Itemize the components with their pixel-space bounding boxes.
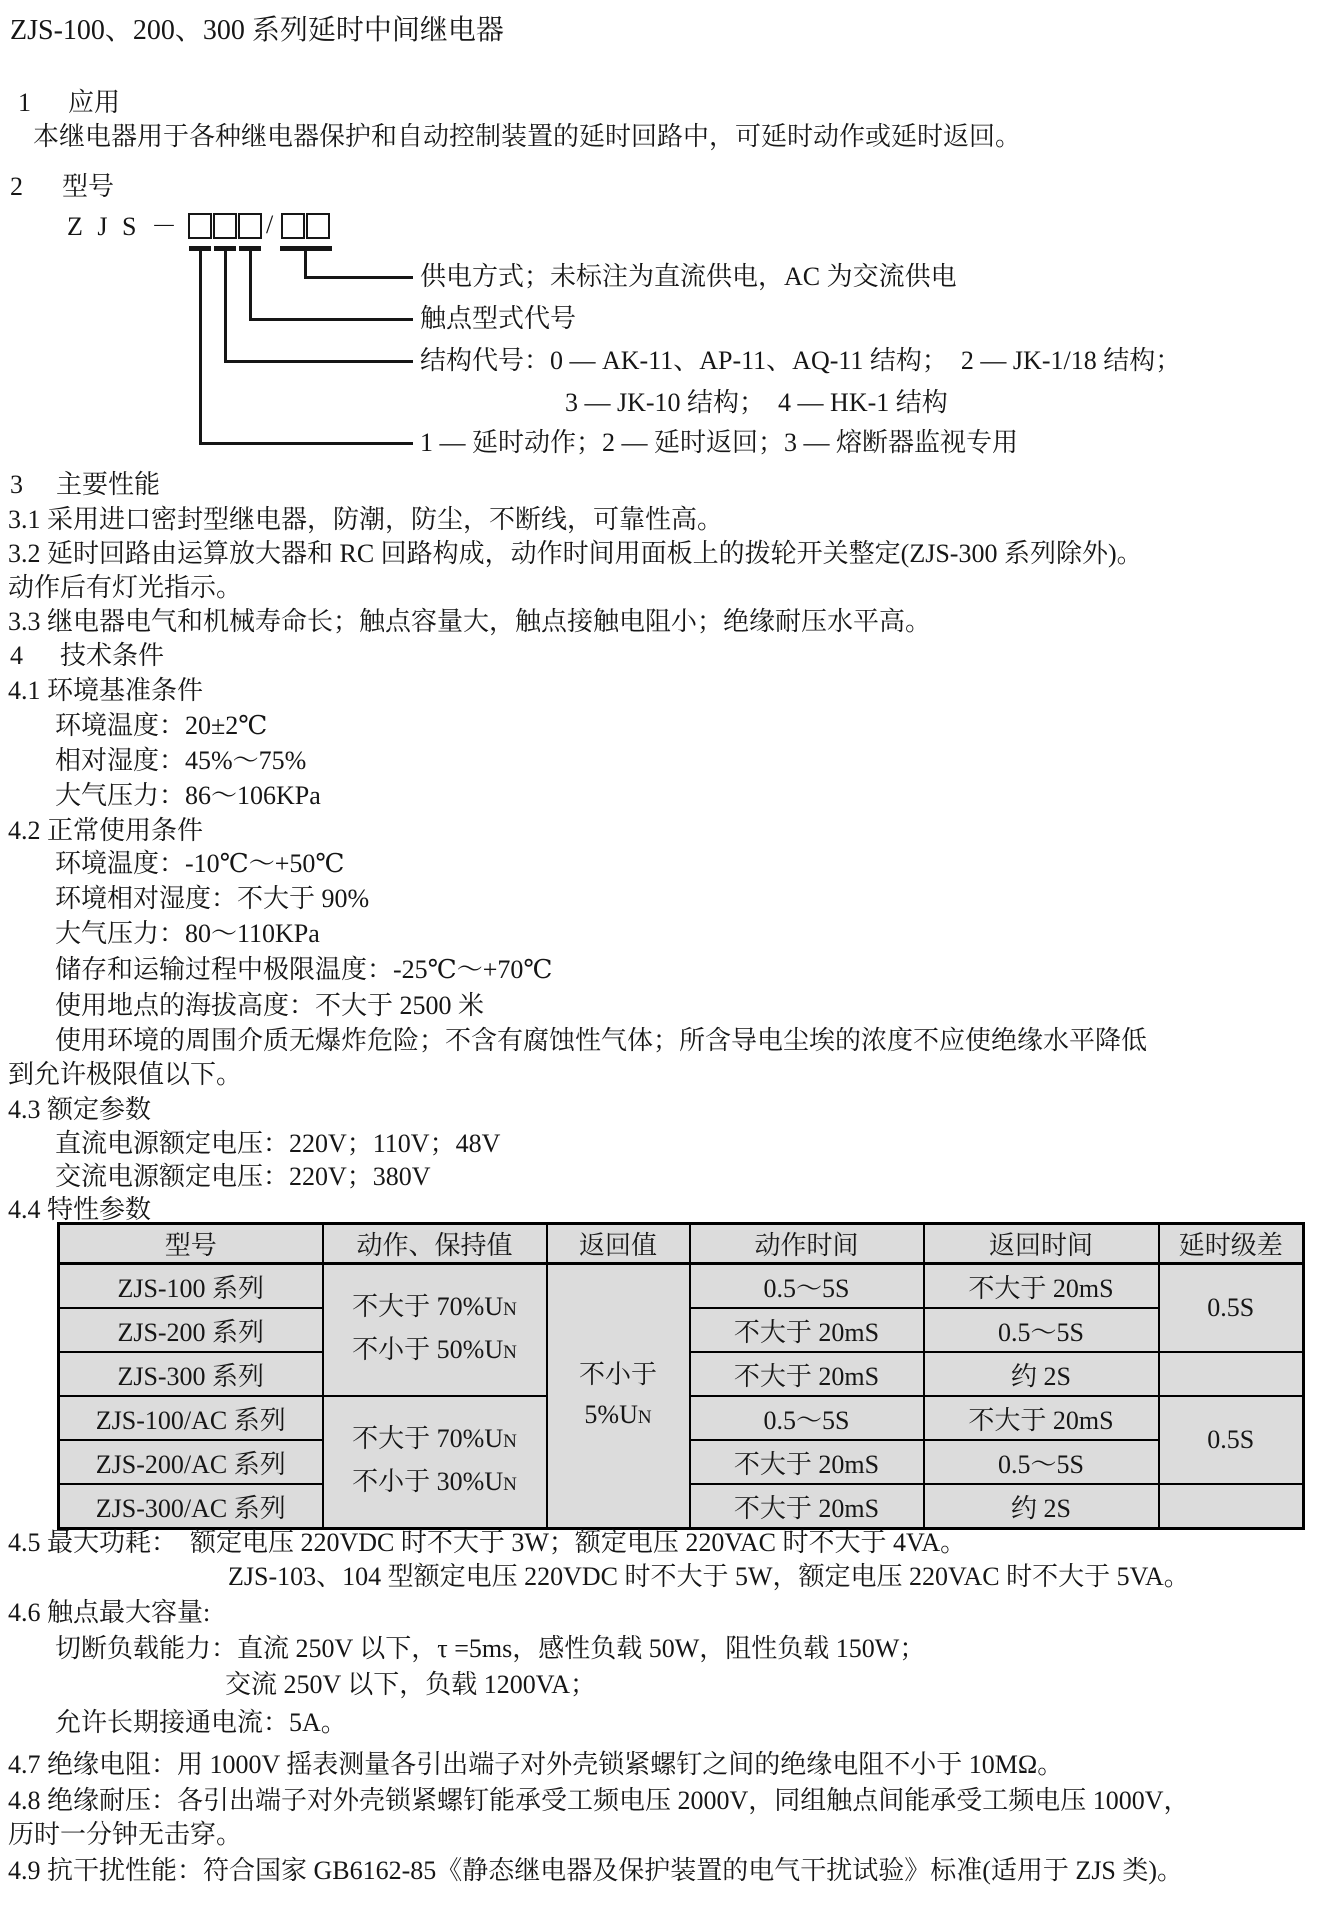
cell-return-time: 约 2S <box>924 1352 1159 1396</box>
para-application-body: 本继电器用于各种继电器保护和自动控制装置的延时回路中，可延时动作或延时返回。 <box>33 122 1021 152</box>
heading-2-model: 2型号 <box>10 172 114 202</box>
heading-4-number: 4 <box>10 641 23 670</box>
model-code-slash: / <box>266 210 273 240</box>
table-header-row: 型号 动作、保持值 返回值 动作时间 返回时间 延时级差 <box>59 1224 1304 1264</box>
connector-function-code <box>199 251 413 445</box>
cell-delay-step-empty <box>1159 1484 1304 1529</box>
model-code-box-4 <box>281 213 305 239</box>
heading-4-2: 4.2 正常使用条件 <box>8 816 203 846</box>
heading-4-technical: 4技术条件 <box>10 641 164 671</box>
para-3-1: 3.1 采用进口密封型继电器，防潮，防尘，不断线，可靠性高。 <box>8 505 723 535</box>
cell-return-time: 不大于 20mS <box>924 1396 1159 1440</box>
heading-4-6: 4.6 触点最大容量: <box>8 1598 210 1628</box>
line-breaking-capacity-ac: 交流 250V 以下，负载 1200VA； <box>225 1670 596 1700</box>
callout-contact-type: 触点型式代号 <box>420 304 576 334</box>
heading-2-number: 2 <box>10 172 23 201</box>
cell-return-time: 0.5～5S <box>924 1308 1159 1352</box>
cell-model: ZJS-100/AC 系列 <box>59 1396 323 1440</box>
cell-delay-step-dc: 0.5S <box>1159 1264 1304 1353</box>
spec-table: 型号 动作、保持值 返回值 动作时间 返回时间 延时级差 ZJS-100 系列 … <box>57 1222 1305 1530</box>
cell-act-time: 不大于 20mS <box>690 1308 924 1352</box>
para-4-8-line1: 4.8 绝缘耐压：各引出端子对外壳锁紧螺钉能承受工频电压 2000V，同组触点间… <box>8 1786 1190 1816</box>
model-code-prefix: Z J S － <box>67 212 181 242</box>
header-return-time: 返回时间 <box>924 1224 1159 1264</box>
table-row: ZJS-100 系列 不大于 70%UN 不小于 50%UN 不小于 5%UN … <box>59 1264 1304 1309</box>
line-ambient-temp-ref: 环境温度：20±2℃ <box>55 711 267 741</box>
document-page: ZJS-100、200、300 系列延时中间继电器 1应用 本继电器用于各种继电… <box>0 0 1321 1920</box>
callout-structure-code-line2: 3 — JK-10 结构； 4 — HK-1 结构 <box>565 388 948 418</box>
heading-4-label: 技术条件 <box>60 641 164 670</box>
line-storage-temp-limit: 储存和运输过程中极限温度：-25℃～+70℃ <box>55 955 553 985</box>
spec-table-container: 型号 动作、保持值 返回值 动作时间 返回时间 延时级差 ZJS-100 系列 … <box>57 1222 1305 1530</box>
line-air-pressure-ref: 大气压力：86～106KPa <box>55 781 321 811</box>
cell-delay-step-ac: 0.5S <box>1159 1396 1304 1484</box>
para-4-7: 4.7 绝缘电阻：用 1000V 摇表测量各引出端子对外壳锁紧螺钉之间的绝缘电阻… <box>8 1750 1063 1780</box>
line-altitude-limit: 使用地点的海拔高度：不大于 2500 米 <box>55 991 484 1021</box>
header-hold-value: 动作、保持值 <box>323 1224 547 1264</box>
heading-1-label: 应用 <box>68 88 120 117</box>
page-title: ZJS-100、200、300 系列延时中间继电器 <box>10 16 504 46</box>
cell-return-value: 不小于 5%UN <box>547 1264 690 1529</box>
cell-model: ZJS-200/AC 系列 <box>59 1440 323 1484</box>
cell-model: ZJS-200 系列 <box>59 1308 323 1352</box>
para-4-5-line1: 4.5 最大功耗： 额定电压 220VDC 时不大于 3W；额定电压 220VA… <box>8 1528 966 1558</box>
cell-hold-value-ac: 不大于 70%UN 不小于 30%UN <box>323 1396 547 1529</box>
line-relative-humidity-ref: 相对湿度：45%～75% <box>55 746 306 776</box>
line-air-pressure-normal: 大气压力：80～110KPa <box>55 919 320 949</box>
model-code-box-2 <box>213 213 237 239</box>
model-code-box-3 <box>238 213 262 239</box>
cell-act-time: 不大于 20mS <box>690 1484 924 1529</box>
heading-1-number: 1 <box>18 88 31 117</box>
line-continuous-current: 允许长期接通电流：5A。 <box>55 1708 347 1738</box>
header-model: 型号 <box>59 1224 323 1264</box>
line-ac-rated-voltage: 交流电源额定电压：220V；380V <box>55 1162 431 1192</box>
line-environment-medium-1: 使用环境的周围介质无爆炸危险；不含有腐蚀性气体；所含导电尘埃的浓度不应使绝缘水平… <box>55 1026 1147 1056</box>
model-code-box-5 <box>306 213 330 239</box>
heading-3-label: 主要性能 <box>56 470 160 499</box>
cell-act-time: 0.5～5S <box>690 1264 924 1309</box>
callout-structure-code-line1: 结构代号：0 — AK-11、AP-11、AQ-11 结构； 2 — JK-1/… <box>420 346 1181 376</box>
line-dc-rated-voltage: 直流电源额定电压：220V；110V；48V <box>55 1129 500 1159</box>
line-environment-medium-2: 到允许极限值以下。 <box>8 1060 242 1090</box>
heading-4-1: 4.1 环境基准条件 <box>8 676 203 706</box>
para-3-2-line1: 3.2 延时回路由运算放大器和 RC 回路构成，动作时间用面板上的拨轮开关整定(… <box>8 539 1143 569</box>
callout-function-code: 1 — 延时动作；2 — 延时返回；3 — 熔断器监视专用 <box>420 428 1018 458</box>
line-relative-humidity-normal: 环境相对湿度：不大于 90% <box>55 884 369 914</box>
header-act-time: 动作时间 <box>690 1224 924 1264</box>
callout-power-supply: 供电方式；未标注为直流供电，AC 为交流供电 <box>420 262 957 292</box>
header-return-value: 返回值 <box>547 1224 690 1264</box>
cell-act-time: 不大于 20mS <box>690 1440 924 1484</box>
cell-return-time: 约 2S <box>924 1484 1159 1529</box>
header-delay-step: 延时级差 <box>1159 1224 1304 1264</box>
heading-3-performance: 3主要性能 <box>10 470 160 500</box>
model-code-box-1 <box>188 213 212 239</box>
cell-return-time: 不大于 20mS <box>924 1264 1159 1309</box>
para-4-8-line2: 历时一分钟无击穿。 <box>8 1820 242 1850</box>
para-4-9: 4.9 抗干扰性能：符合国家 GB6162-85《静态继电器及保护装置的电气干扰… <box>8 1856 1183 1886</box>
line-ambient-temp-normal: 环境温度：-10℃～+50℃ <box>55 849 345 879</box>
cell-model: ZJS-100 系列 <box>59 1264 323 1309</box>
heading-1-application: 1应用 <box>18 88 120 118</box>
cell-return-time: 0.5～5S <box>924 1440 1159 1484</box>
cell-act-time: 0.5～5S <box>690 1396 924 1440</box>
cell-model: ZJS-300 系列 <box>59 1352 323 1396</box>
cell-act-time: 不大于 20mS <box>690 1352 924 1396</box>
para-3-2-line2: 动作后有灯光指示。 <box>8 573 242 603</box>
para-4-5-line2: ZJS-103、104 型额定电压 220VDC 时不大于 5W，额定电压 22… <box>228 1562 1190 1592</box>
line-breaking-capacity-dc: 切断负载能力：直流 250V 以下，τ =5ms，感性负载 50W，阻性负载 1… <box>55 1634 925 1664</box>
heading-4-3: 4.3 额定参数 <box>8 1095 151 1125</box>
cell-delay-step-empty <box>1159 1352 1304 1396</box>
para-3-3: 3.3 继电器电气和机械寿命长；触点容量大，触点接触电阻小；绝缘耐压水平高。 <box>8 607 931 637</box>
cell-model: ZJS-300/AC 系列 <box>59 1484 323 1529</box>
cell-hold-value-dc: 不大于 70%UN 不小于 50%UN <box>323 1264 547 1397</box>
heading-4-4: 4.4 特性参数 <box>8 1195 151 1225</box>
heading-2-label: 型号 <box>62 172 114 201</box>
heading-3-number: 3 <box>10 470 23 499</box>
